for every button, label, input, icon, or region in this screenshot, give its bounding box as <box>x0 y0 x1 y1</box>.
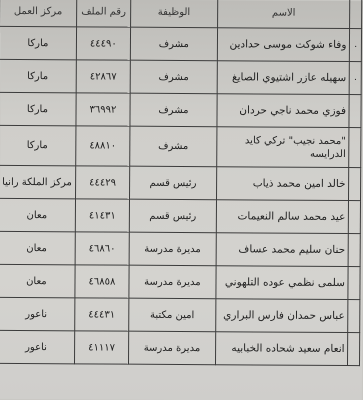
cell-name: فوزي محمد ناجي حردان <box>217 94 350 128</box>
cell-work-center: مركز الملكة رانيا <box>0 165 76 198</box>
cell-work-center: معان <box>0 198 75 231</box>
cell-job: رئيس قسم <box>130 166 217 200</box>
cell-name: حنان سليم محمد عساف <box>216 233 349 267</box>
cell-work-center: ناعور <box>0 330 74 363</box>
header-name: الاسم <box>217 0 350 29</box>
cell-file-no: ٤٨٨١٠ <box>76 126 131 166</box>
table-row: حنان سليم محمد عساف مديرة مدرسة ٤٦٨٦٠ مع… <box>0 231 360 266</box>
header-row: الاسم الوظيفة رقم الملف مركز العمل <box>0 0 362 29</box>
row-mark <box>349 201 361 234</box>
cell-job: مشرف <box>130 60 217 94</box>
table-row: خالد امين محمد ذياب رئيس قسم ٤٤٤٢٩ مركز … <box>0 165 361 200</box>
row-mark <box>349 168 361 201</box>
cell-file-no: ٤٢٨٦٧ <box>76 60 130 93</box>
cell-work-center: ناعور <box>0 297 75 330</box>
cell-name: عباس حمدان فارس البراري <box>215 299 348 333</box>
cell-job: رئيس قسم <box>129 199 216 233</box>
row-mark <box>348 333 360 366</box>
document-page: الاسم الوظيفة رقم الملف مركز العمل . وفا… <box>0 0 363 400</box>
cell-job: مديرة مدرسة <box>129 331 216 365</box>
table-row: . سهيله عازر اشتيوي الصايغ مشرف ٤٢٨٦٧ ما… <box>0 59 361 94</box>
header-work-center: مركز العمل <box>0 0 77 27</box>
row-mark: . <box>350 62 362 95</box>
row-mark <box>349 234 361 267</box>
cell-name: "محمد نجيب" تركي كايد الدرايسه <box>216 127 349 168</box>
cell-file-no: ٤٦٨٥٨ <box>75 265 129 298</box>
cell-file-no: ٤١١١٧ <box>74 331 128 364</box>
cell-job: مشرف <box>130 93 217 127</box>
cell-name: خالد امين محمد ذياب <box>216 167 349 201</box>
cell-file-no: ٤٤٤٢٩ <box>75 166 129 199</box>
header-job: الوظيفة <box>131 0 218 28</box>
employee-table: الاسم الوظيفة رقم الملف مركز العمل . وفا… <box>0 0 362 366</box>
cell-work-center: ماركا <box>0 92 76 125</box>
cell-name: وفاء شوكت موسى حدادين <box>217 28 350 62</box>
table-row: عيد محمد سالم النعيمات رئيس قسم ٤١٤٣١ مع… <box>0 198 360 233</box>
table-row: انعام سعيد شحاده الخبابيه مديرة مدرسة ٤١… <box>0 330 360 365</box>
cell-name: سهيله عازر اشتيوي الصايغ <box>217 61 350 95</box>
cell-work-center: ماركا <box>0 26 76 59</box>
cell-name: سلمى نظمي عوده التلهوني <box>216 266 349 300</box>
table-row: سلمى نظمي عوده التلهوني مديرة مدرسة ٤٦٨٥… <box>0 264 360 299</box>
cell-name: انعام سعيد شحاده الخبابيه <box>215 332 348 366</box>
row-mark <box>348 267 360 300</box>
row-mark <box>348 300 360 333</box>
table-row: فوزي محمد ناجي حردان مشرف ٣٦٩٩٢ ماركا <box>0 92 361 127</box>
cell-job: امين مكتبة <box>129 298 216 332</box>
cell-job: مديرة مدرسة <box>129 265 216 299</box>
header-mark <box>350 0 362 29</box>
cell-file-no: ٤٤٤٩٠ <box>76 27 130 60</box>
table-row: . وفاء شوكت موسى حدادين مشرف ٤٤٤٩٠ ماركا <box>0 26 362 61</box>
table-row: عباس حمدان فارس البراري امين مكتبة ٤٤٤٣١… <box>0 297 360 332</box>
row-mark <box>349 128 361 168</box>
cell-file-no: ٤١٤٣١ <box>75 199 129 232</box>
cell-work-center: معان <box>0 264 75 297</box>
row-mark: . <box>350 29 362 62</box>
cell-job: مشرف <box>130 126 217 167</box>
cell-work-center: معان <box>0 231 75 264</box>
header-file-no: رقم الملف <box>76 0 130 27</box>
cell-work-center: ماركا <box>0 59 76 92</box>
cell-file-no: ٤٦٨٦٠ <box>75 232 129 265</box>
cell-job: مديرة مدرسة <box>129 232 216 266</box>
cell-name: عيد محمد سالم النعيمات <box>216 200 349 234</box>
table-row: "محمد نجيب" تركي كايد الدرايسه مشرف ٤٨٨١… <box>0 125 361 167</box>
cell-job: مشرف <box>130 27 217 61</box>
cell-work-center: ماركا <box>0 125 76 165</box>
row-mark <box>349 95 361 128</box>
cell-file-no: ٣٦٩٩٢ <box>76 93 130 126</box>
cell-file-no: ٤٤٤٣١ <box>74 298 128 331</box>
